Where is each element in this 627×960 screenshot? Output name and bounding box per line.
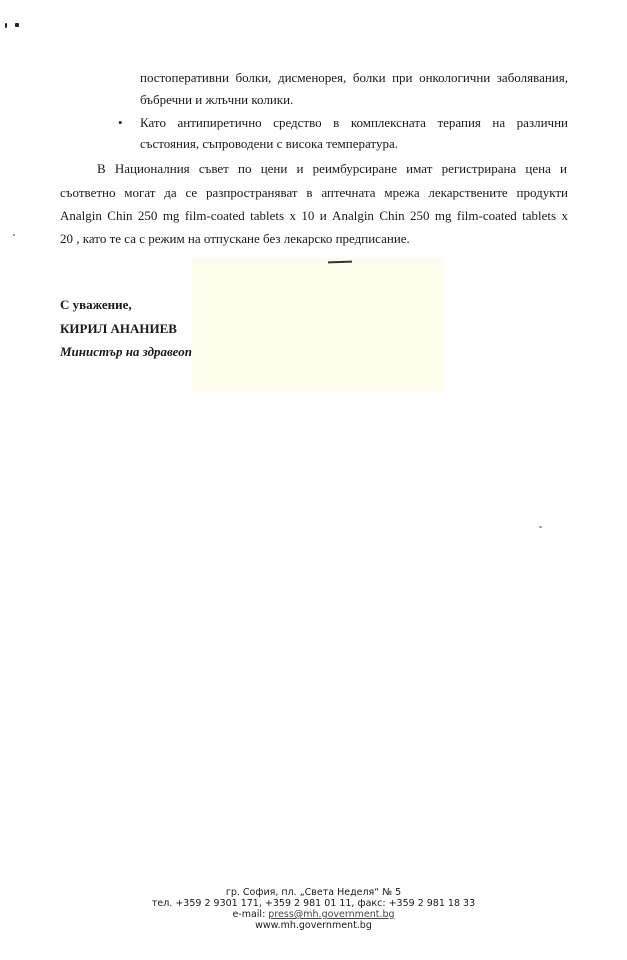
closing-salutation: С уважение, xyxy=(60,297,132,313)
scan-mark-left xyxy=(13,234,15,236)
footer-address: гр. София, пл. „Света Неделя“ № 5 xyxy=(0,887,627,898)
bullet-item-line-1: Като антипиретично средство в комплексна… xyxy=(140,115,568,131)
scan-mark-right xyxy=(539,526,542,528)
footer-email-line: e-mail: press@mh.government.bg xyxy=(0,909,627,920)
footer-email-link[interactable]: press@mh.government.bg xyxy=(268,909,394,920)
scan-mark-top-left-1 xyxy=(5,23,7,28)
bullet-item-line-2: състояния, съпроводени с висока температ… xyxy=(140,136,398,152)
paragraph-line-1: В Националния съвет по цени и реимбурсир… xyxy=(97,161,567,177)
redaction-note xyxy=(192,258,442,392)
list-continuation-line-1: постоперативни болки, дисменорея, болки … xyxy=(140,70,568,86)
bullet-icon: • xyxy=(118,115,123,131)
paragraph-line-2: съответно могат да се разпространяват в … xyxy=(60,185,568,201)
footer-website[interactable]: www.mh.government.bg xyxy=(0,920,627,931)
footer-phones: тел. +359 2 9301 171, +359 2 981 01 11, … xyxy=(0,898,627,909)
footer-email-label: e-mail: xyxy=(232,909,268,920)
list-continuation-line-2: бъбречни и жлъчни колики. xyxy=(140,92,293,108)
signatory-name: КИРИЛ АНАНИЕВ xyxy=(60,321,177,337)
paragraph-line-4: 20 , като те са с режим на отпускане без… xyxy=(60,231,410,247)
letterhead-footer: гр. София, пл. „Света Неделя“ № 5 тел. +… xyxy=(0,887,627,931)
signatory-title: Министър на здравеоп xyxy=(60,344,192,360)
paragraph-line-3: Analgin Chin 250 mg film-coated tablets … xyxy=(60,208,568,224)
scan-mark-top-left-2 xyxy=(15,23,19,27)
